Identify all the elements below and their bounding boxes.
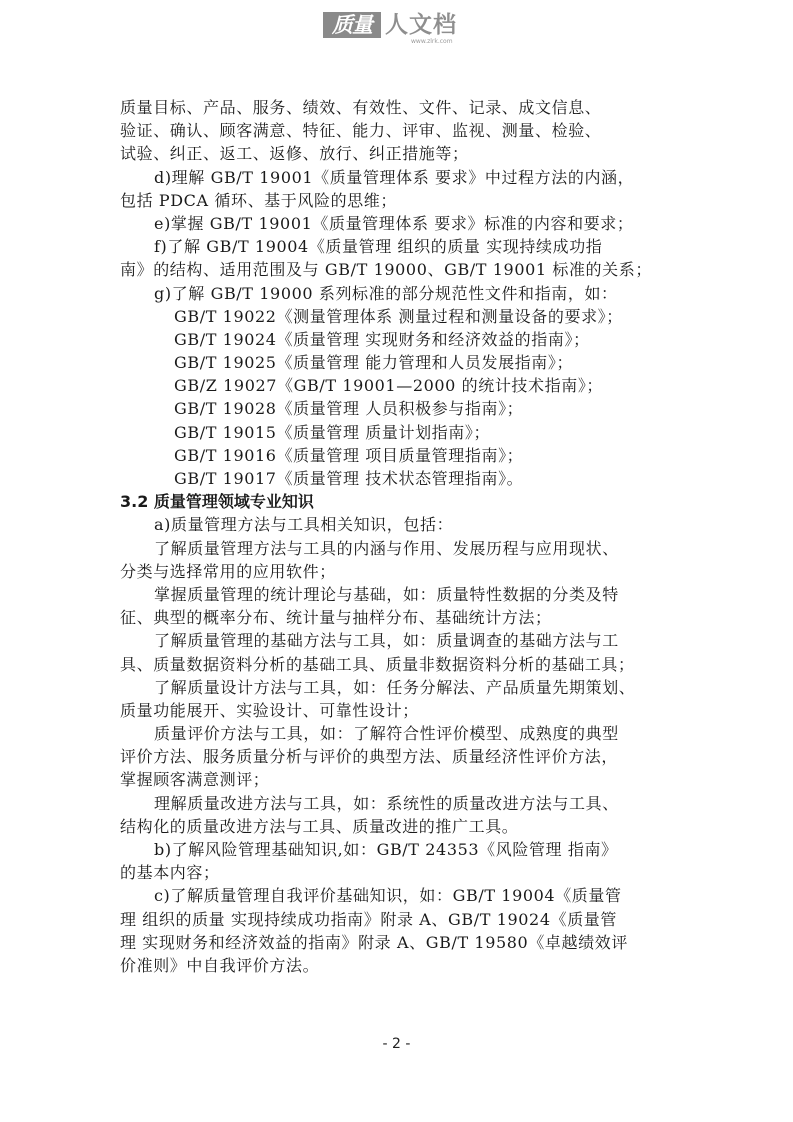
text-line: 包括 PDCA 循环、基于风险的思维； <box>120 189 686 212</box>
text-line: GB/T 19028《质量管理 人员积极参与指南》； <box>120 397 686 420</box>
text-line: 价准则》中自我评价方法。 <box>120 954 686 977</box>
text-line: 了解质量管理的基础方法与工具，如：质量调查的基础方法与工 <box>120 629 686 652</box>
text-line: b)了解风险管理基础知识,如：GB/T 24353《风险管理 指南》 <box>120 838 686 861</box>
section-heading: 3.2 质量管理领域专业知识 <box>120 490 686 513</box>
document-page: 质量目标、产品、服务、绩效、有效性、文件、记录、成文信息、验证、确认、顾客满意、… <box>120 96 686 977</box>
text-line: 评价方法、服务质量分析与评价的典型方法、质量经济性评价方法， <box>120 745 686 768</box>
text-line: a)质量管理方法与工具相关知识，包括： <box>120 513 686 536</box>
text-line: GB/T 19022《测量管理体系 测量过程和测量设备的要求》； <box>120 305 686 328</box>
watermark-logo-text: 人文档 <box>385 10 457 40</box>
text-line: 质量评价方法与工具，如：了解符合性评价模型、成熟度的典型 <box>120 722 686 745</box>
text-line: 结构化的质量改进方法与工具、质量改进的推广工具。 <box>120 815 686 838</box>
text-line: f)了解 GB/T 19004《质量管理 组织的质量 实现持续成功指 <box>120 235 686 258</box>
text-line: 理 实现财务和经济效益的指南》附录 A、GB/T 19580《卓越绩效评 <box>120 931 686 954</box>
text-line: 验证、确认、顾客满意、特征、能力、评审、监视、测量、检验、 <box>120 119 686 142</box>
text-line: GB/T 19024《质量管理 实现财务和经济效益的指南》； <box>120 328 686 351</box>
text-line: d)理解 GB/T 19001《质量管理体系 要求》中过程方法的内涵， <box>120 166 686 189</box>
section-lines: a)质量管理方法与工具相关知识，包括：了解质量管理方法与工具的内涵与作用、发展历… <box>120 513 686 977</box>
text-line: GB/T 19017《质量管理 技术状态管理指南》。 <box>120 467 686 490</box>
intro-lines: 质量目标、产品、服务、绩效、有效性、文件、记录、成文信息、验证、确认、顾客满意、… <box>120 96 686 490</box>
page-number: - 2 - <box>0 1036 793 1052</box>
text-line: 掌握质量管理的统计理论与基础，如：质量特性数据的分类及特 <box>120 583 686 606</box>
text-line: 南》的结构、适用范围及与 GB/T 19000、GB/T 19001 标准的关系… <box>120 258 686 281</box>
text-line: 征、典型的概率分布、统计量与抽样分布、基础统计方法； <box>120 606 686 629</box>
text-line: 具、质量数据资料分析的基础工具、质量非数据资料分析的基础工具； <box>120 653 686 676</box>
text-line: 的基本内容； <box>120 861 686 884</box>
text-line: 质量功能展开、实验设计、可靠性设计； <box>120 699 686 722</box>
text-line: 掌握顾客满意测评； <box>120 768 686 791</box>
text-line: GB/T 19025《质量管理 能力管理和人员发展指南》； <box>120 351 686 374</box>
text-line: 分类与选择常用的应用软件； <box>120 560 686 583</box>
text-line: GB/T 19016《质量管理 项目质量管理指南》； <box>120 444 686 467</box>
text-line: g)了解 GB/T 19000 系列标准的部分规范性文件和指南，如： <box>120 282 686 305</box>
watermark-logo: 质量 人文档 www.zlrk.com <box>323 10 473 44</box>
text-line: 质量目标、产品、服务、绩效、有效性、文件、记录、成文信息、 <box>120 96 686 119</box>
text-line: 试验、纠正、返工、返修、放行、纠正措施等； <box>120 142 686 165</box>
text-line: 理解质量改进方法与工具，如：系统性的质量改进方法与工具、 <box>120 792 686 815</box>
text-line: e)掌握 GB/T 19001《质量管理体系 要求》标准的内容和要求； <box>120 212 686 235</box>
watermark-url: www.zlrk.com <box>411 38 453 46</box>
watermark-logo-box: 质量 <box>323 12 381 38</box>
text-line: 了解质量管理方法与工具的内涵与作用、发展历程与应用现状、 <box>120 537 686 560</box>
text-line: 理 组织的质量 实现持续成功指南》附录 A、GB/T 19024《质量管 <box>120 908 686 931</box>
text-line: GB/T 19015《质量管理 质量计划指南》； <box>120 421 686 444</box>
text-line: 了解质量设计方法与工具，如：任务分解法、产品质量先期策划、 <box>120 676 686 699</box>
text-line: c)了解质量管理自我评价基础知识，如：GB/T 19004《质量管 <box>120 884 686 907</box>
text-line: GB/Z 19027《GB/T 19001—2000 的统计技术指南》； <box>120 374 686 397</box>
